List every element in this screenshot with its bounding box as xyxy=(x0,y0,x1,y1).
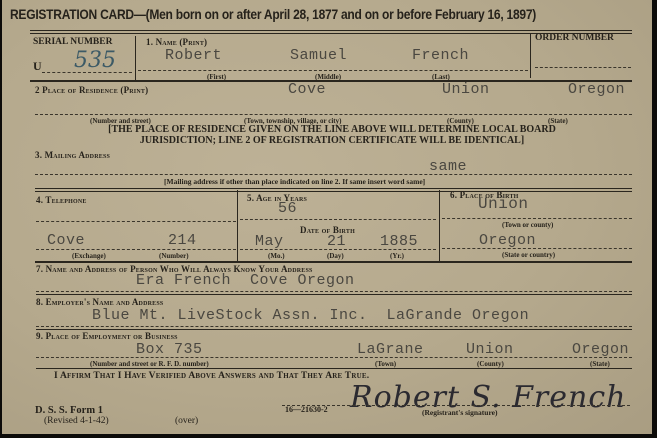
residence-town: Cove xyxy=(288,81,326,98)
serial-prefix: U xyxy=(33,59,42,74)
divider xyxy=(30,80,632,82)
dob-line xyxy=(240,249,436,250)
telephone-number: 214 xyxy=(168,232,197,249)
order-number-label: ORDER NUMBER xyxy=(535,33,614,43)
signature-caption: (Registrant's signature) xyxy=(422,408,497,417)
age-label: 5. Age in Years xyxy=(247,193,307,203)
caption-workplace-state: (State) xyxy=(590,360,610,368)
divider xyxy=(530,33,531,78)
employer-line xyxy=(36,326,632,327)
divider xyxy=(135,36,136,82)
dob-month: May xyxy=(255,233,284,250)
serial-line xyxy=(42,72,132,73)
workplace-town: LaGrane xyxy=(357,341,424,358)
serial-number-value: 535 xyxy=(74,48,116,73)
residence-label: 2 Place of Residence (Print) xyxy=(35,85,148,95)
residence-line xyxy=(35,114,632,115)
telephone-exchange: Cove xyxy=(47,232,85,249)
divider xyxy=(36,329,632,330)
telephone-line-2 xyxy=(36,249,236,250)
workplace-label: 9. Place of Employment or Business xyxy=(36,331,178,341)
name-middle: Samuel xyxy=(290,47,347,64)
caption-day: (Day) xyxy=(327,252,344,260)
divider xyxy=(36,294,632,295)
caption-workplace-street: (Number and street or R. F. D. number) xyxy=(90,360,209,368)
workplace-street: Box 735 xyxy=(136,341,203,358)
divider xyxy=(439,190,440,261)
dob-day: 21 xyxy=(327,233,346,250)
order-number-line xyxy=(535,67,631,68)
residence-notice-line2: JURISDICTION; LINE 2 OF REGISTRATION CER… xyxy=(72,135,592,146)
mailing-caption: [Mailing address if other than place ind… xyxy=(164,177,425,186)
name-line xyxy=(138,70,528,71)
workplace-state: Oregon xyxy=(572,341,629,358)
name-first: Robert xyxy=(165,47,222,64)
birthplace-state-line xyxy=(442,248,632,249)
divider xyxy=(36,368,632,369)
affirmation-text: I Affirm That I Have Verified Above Answ… xyxy=(54,371,369,381)
residence-notice-line1: [THE PLACE OF RESIDENCE GIVEN ON THE LIN… xyxy=(72,124,592,135)
residence-state: Oregon xyxy=(568,81,625,98)
form-code: 16—21630-2 xyxy=(285,405,328,414)
mailing-line xyxy=(35,174,632,175)
form-over: (over) xyxy=(175,416,198,426)
caption-number: (Number) xyxy=(159,252,189,260)
birthplace-state: Oregon xyxy=(479,232,536,249)
birthplace-town: Union xyxy=(478,195,529,213)
caption-birth-town: (Town or county) xyxy=(502,221,553,229)
mailing-label: 3. Mailing Address xyxy=(35,150,110,160)
name-last: French xyxy=(412,47,469,64)
caption-workplace-county: (County) xyxy=(477,360,504,368)
employer-label: 8. Employer's Name and Address xyxy=(36,297,163,307)
residence-notice: [THE PLACE OF RESIDENCE GIVEN ON THE LIN… xyxy=(72,124,592,146)
telephone-line-1 xyxy=(36,221,236,222)
registration-card: REGISTRATION CARD—(Men born on or after … xyxy=(2,0,652,434)
workplace-county: Union xyxy=(466,341,514,358)
workplace-line xyxy=(36,357,632,358)
divider xyxy=(35,261,632,263)
card-title: REGISTRATION CARD—(Men born on or after … xyxy=(10,6,536,22)
birthplace-town-line xyxy=(442,218,632,219)
divider xyxy=(35,188,632,192)
form-number: D. S. S. Form 1 xyxy=(35,405,103,416)
caption-year: (Yr.) xyxy=(390,252,404,260)
caption-workplace-town: (Town) xyxy=(375,360,396,368)
contact-line xyxy=(36,291,632,292)
caption-month: (Mo.) xyxy=(268,252,285,260)
form-revised: (Revised 4-1-42) xyxy=(44,416,109,426)
signature-line xyxy=(282,405,630,406)
residence-county: Union xyxy=(442,81,490,98)
caption-exchange: (Exchange) xyxy=(72,252,106,260)
divider xyxy=(237,190,238,261)
contact-value: Era French Cove Oregon xyxy=(136,272,355,289)
name-label: 1. Name (Print) xyxy=(146,37,207,47)
age-value: 56 xyxy=(278,200,297,217)
dob-year: 1885 xyxy=(380,233,418,250)
age-line xyxy=(240,219,436,220)
telephone-label: 4. Telephone xyxy=(36,195,87,205)
mailing-value: same xyxy=(429,158,467,175)
employer-value: Blue Mt. LiveStock Assn. Inc. LaGrande O… xyxy=(92,307,529,324)
serial-number-label: SERIAL NUMBER xyxy=(33,37,112,47)
caption-birth-state: (State or country) xyxy=(502,251,555,259)
